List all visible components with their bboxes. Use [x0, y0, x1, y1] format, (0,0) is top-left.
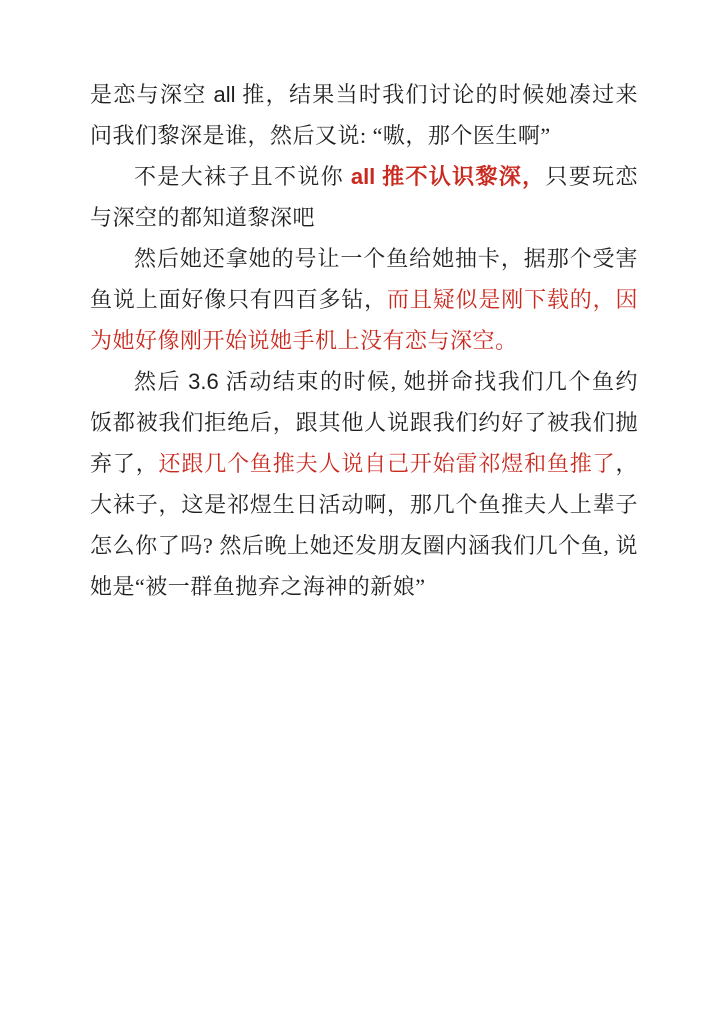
- text-segment: 然后: [134, 369, 188, 394]
- red-text-segment: all: [351, 164, 375, 189]
- text-segment: 是恋与深空: [90, 82, 213, 107]
- paragraph: 然后她还拿她的号让一个鱼给她抽卡，据那个受害鱼说上面好像只有四百多钻，而且疑似是…: [90, 238, 638, 361]
- text-segment: 不是大袜子且不说你: [134, 164, 351, 189]
- red-text-segment: 还跟几个鱼推夫人说自己开始雷祁煜和鱼推了: [159, 451, 616, 476]
- article-body: 是恋与深空 all 推，结果当时我们讨论的时候她凑过来问我们黎深是谁，然后又说:…: [90, 74, 638, 607]
- document-page: 是恋与深空 all 推，结果当时我们讨论的时候她凑过来问我们黎深是谁，然后又说:…: [0, 0, 724, 1024]
- red-text-segment: 推不认识黎深，: [375, 164, 545, 189]
- text-segment: all: [213, 82, 235, 107]
- paragraph: 不是大袜子且不说你 all 推不认识黎深，只要玩恋与深空的都知道黎深吧: [90, 156, 638, 238]
- paragraph: 是恋与深空 all 推，结果当时我们讨论的时候她凑过来问我们黎深是谁，然后又说:…: [90, 74, 638, 156]
- text-segment: 3.6: [188, 369, 219, 394]
- paragraph: 然后 3.6 活动结束的时候, 她拼命找我们几个鱼约饭都被我们拒绝后，跟其他人说…: [90, 361, 638, 607]
